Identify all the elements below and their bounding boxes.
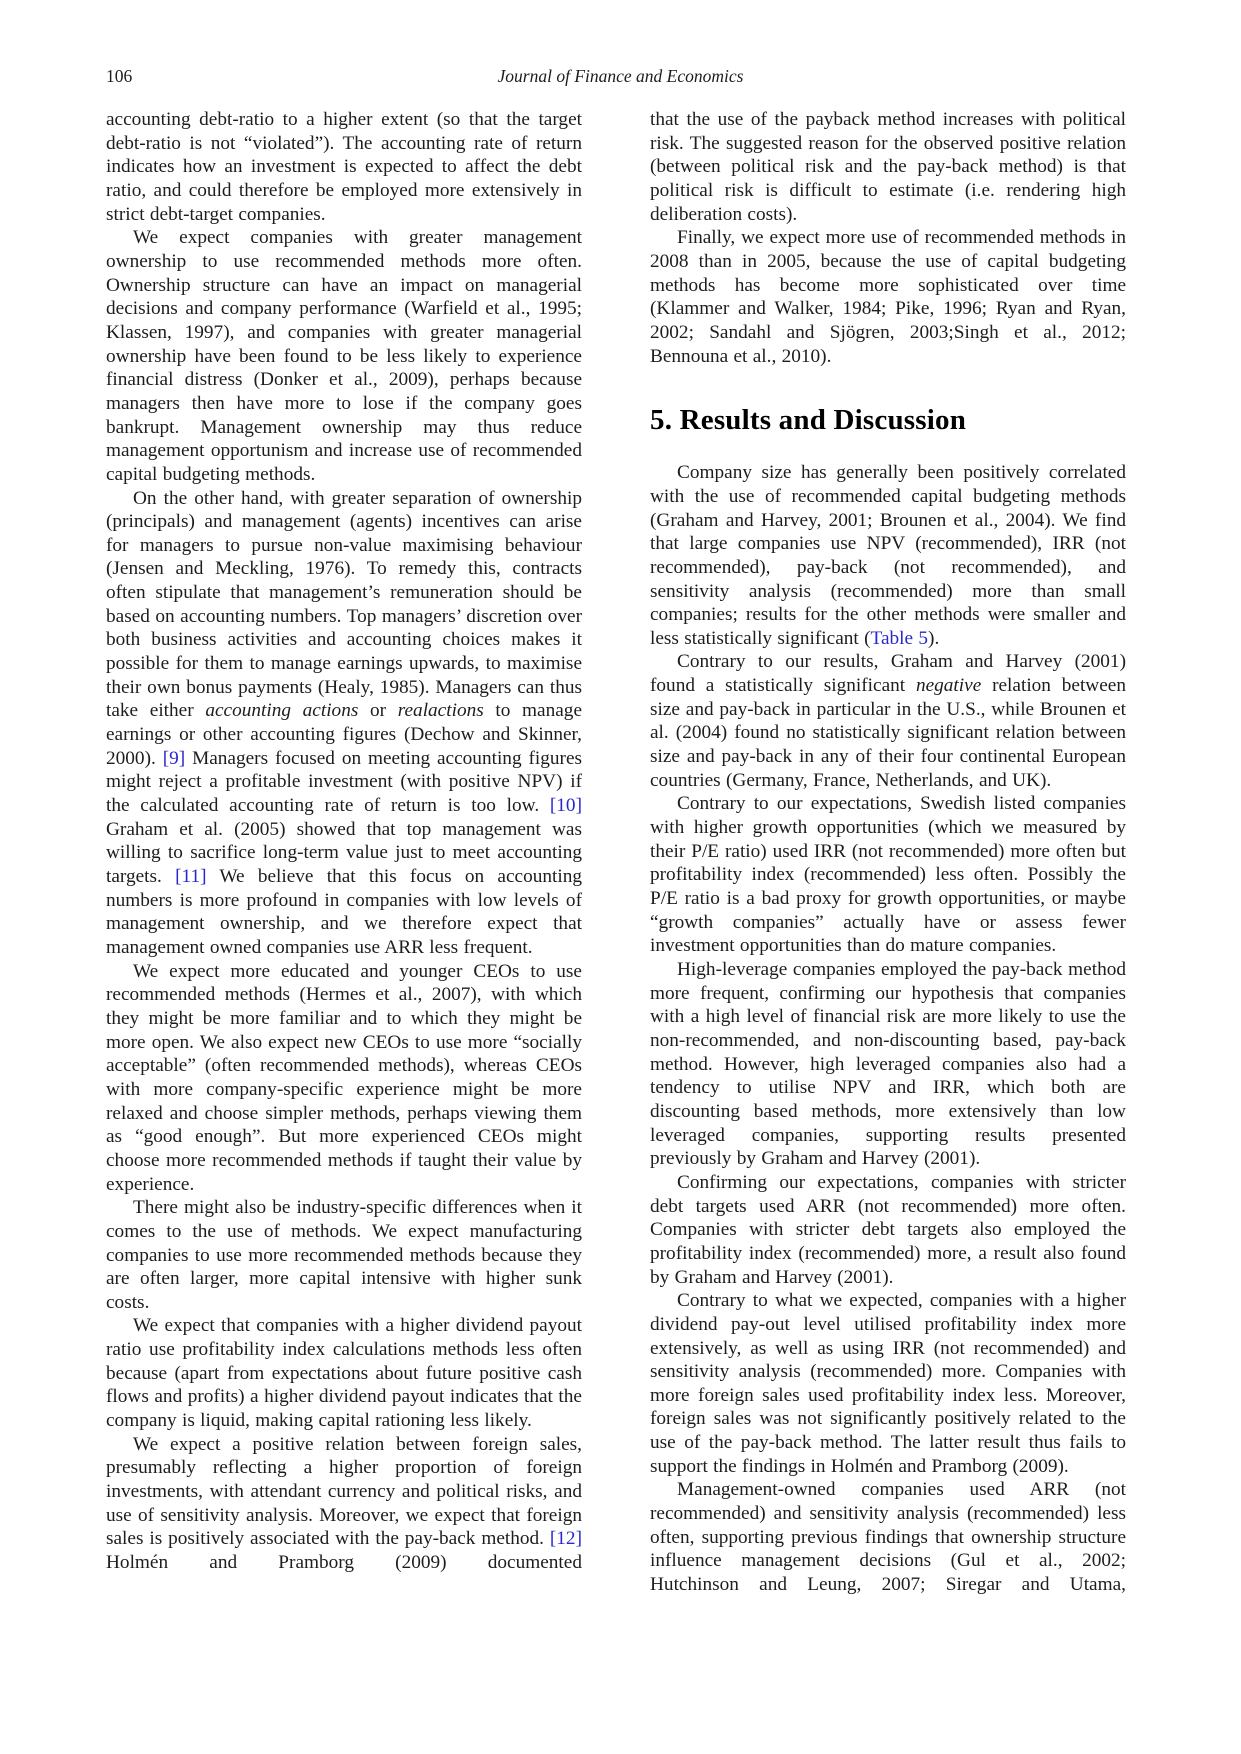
paragraph: Finally, we expect more use of recommend…	[650, 226, 1126, 368]
running-head: 106 Journal of Finance and Economics	[106, 66, 1135, 90]
reference-link[interactable]: [10]	[550, 795, 582, 816]
paragraph: We expect a positive relation between fo…	[106, 1433, 582, 1575]
paragraph: On the other hand, with greater separati…	[106, 487, 582, 960]
page-number: 106	[106, 66, 132, 87]
journal-page: 106 Journal of Finance and Economics acc…	[0, 0, 1241, 1754]
section-heading: 5. Results and Discussion	[650, 403, 1126, 437]
reference-link[interactable]: [11]	[175, 866, 206, 887]
reference-link[interactable]: Table 5	[871, 628, 929, 649]
reference-link[interactable]: [9]	[163, 748, 185, 769]
paragraph: Company size has generally been positive…	[650, 461, 1126, 650]
paragraph: High-leverage companies employed the pay…	[650, 958, 1126, 1171]
two-column-layout: accounting debt-ratio to a higher extent…	[106, 108, 1126, 1597]
right-column: that the use of the payback method incre…	[650, 108, 1126, 1597]
paragraph: We expect more educated and younger CEOs…	[106, 960, 582, 1197]
paragraph: Confirming our expectations, companies w…	[650, 1171, 1126, 1289]
paragraph: There might also be industry-specific di…	[106, 1196, 582, 1314]
paragraph: accounting debt-ratio to a higher extent…	[106, 108, 582, 226]
paragraph: Contrary to what we expected, companies …	[650, 1289, 1126, 1478]
paragraph: Contrary to our results, Graham and Harv…	[650, 650, 1126, 792]
paragraph: Management-owned companies used ARR (not…	[650, 1478, 1126, 1596]
emphasis-text: accounting actions	[205, 700, 358, 721]
paragraph: that the use of the payback method incre…	[650, 108, 1126, 226]
reference-link[interactable]: [12]	[550, 1528, 582, 1549]
emphasis-text: negative	[916, 675, 981, 696]
journal-title: Journal of Finance and Economics	[106, 66, 1135, 87]
emphasis-text: realactions	[398, 700, 484, 721]
paragraph: We expect that companies with a higher d…	[106, 1314, 582, 1432]
paragraph: We expect companies with greater managem…	[106, 226, 582, 486]
left-column: accounting debt-ratio to a higher extent…	[106, 108, 582, 1597]
paragraph: Contrary to our expectations, Swedish li…	[650, 792, 1126, 958]
